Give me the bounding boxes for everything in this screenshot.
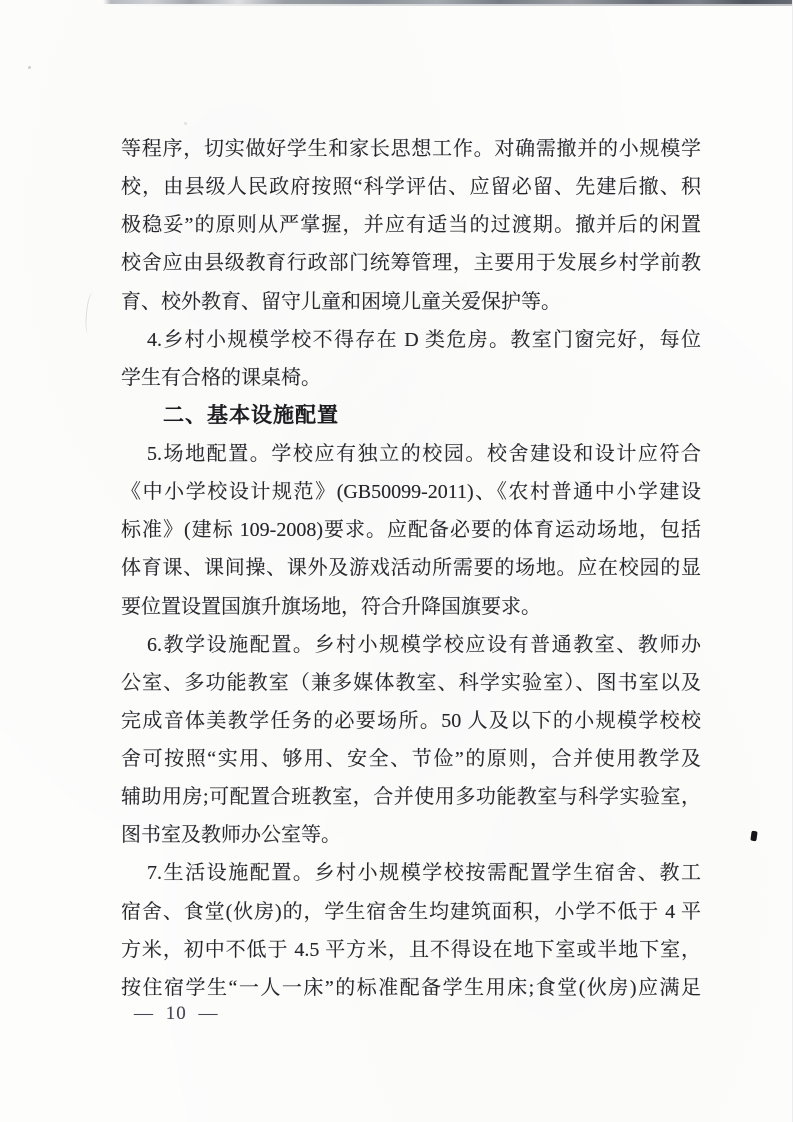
text-line: 方米，初中不低于 4.5 平方米，且不得设在地下室或半地下室， <box>121 931 701 969</box>
text-line: 等程序，切实做好学生和家长思想工作。对确需撤并的小规模学 <box>121 130 701 168</box>
page-number: — 10 — <box>134 1003 219 1025</box>
text-line: 宿舍、食堂(伙房)的，学生宿舍生均建筑面积，小学不低于 4 平 <box>121 893 701 931</box>
text-line: 《中小学校设计规范》(GB50099-2011)、《农村普通中小学建设 <box>121 473 701 511</box>
text-line: 舍可按照“实用、够用、安全、节俭”的原则，合并使用教学及 <box>121 740 701 778</box>
text-line: 7.生活设施配置。乡村小规模学校按需配置学生宿舍、教工 <box>121 854 701 892</box>
text-line: 6.教学设施配置。乡村小规模学校应设有普通教室、教师办 <box>121 626 701 664</box>
text-line: 图书室及教师办公室等。 <box>121 816 701 854</box>
text-line: 5.场地配置。学校应有独立的校园。校舍建设和设计应符合 <box>121 435 701 473</box>
text-line: 极稳妥”的原则从严掌握，并应有适当的过渡期。撤并后的闲置 <box>121 206 701 244</box>
text-line: 校，由县级人民政府按照“科学评估、应留必留、先建后撤、积 <box>121 168 701 206</box>
text-line: 按住宿学生“一人一床”的标准配备学生用床;食堂(伙房)应满足 <box>121 969 701 1007</box>
text-line: 体育课、课间操、课外及游戏活动所需要的场地。应在校园的显 <box>121 549 701 587</box>
document-body: 等程序，切实做好学生和家长思想工作。对确需撤并的小规模学 校，由县级人民政府按照… <box>121 130 701 1007</box>
paper-noise-dot <box>28 66 31 69</box>
text-line: 公室、多功能教室（兼多媒体教室、科学实验室）、图书室以及 <box>121 664 701 702</box>
text-line: 要位置设置国旗升旗场地，符合升降国旗要求。 <box>121 588 701 626</box>
section-heading: 二、基本设施配置 <box>121 397 701 435</box>
text-line: 4.乡村小规模学校不得存在 D 类危房。教室门窗完好，每位 <box>121 321 701 359</box>
text-line: 辅助用房;可配置合班教室，合并使用多功能教室与科学实验室， <box>121 778 701 816</box>
text-line: 学生有合格的课桌椅。 <box>121 359 701 397</box>
paper-noise-dot <box>184 122 187 125</box>
text-line: 完成音体美教学任务的必要场所。50 人及以下的小规模学校校 <box>121 702 701 740</box>
text-line: 育、校外教育、留守儿童和困境儿童关爱保护等。 <box>121 283 701 321</box>
text-line: 校舍应由县级教育行政部门统筹管理，主要用于发展乡村学前教 <box>121 244 701 282</box>
scan-top-edge-shadow <box>100 4 793 6</box>
text-line: 标准》(建标 109-2008)要求。应配备必要的体育运动场地，包括 <box>121 511 701 549</box>
